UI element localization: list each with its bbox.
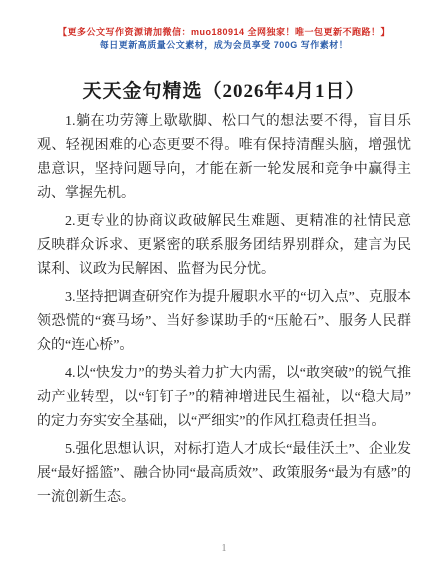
paragraph-2: 2.更专业的协商议政破解民生难题、更精准的社情民意反映群众诉求、更紧密的联系服务… — [37, 210, 411, 282]
paragraph-5: 5.强化思想认识，对标打造人才成长“最佳沃土”、企业发展“最好摇篮”、融合协同“… — [37, 438, 411, 510]
document-body: 1.躺在功劳簿上歇歇脚、松口气的想法要不得，盲目乐观、轻视困难的心态更要不得。唯… — [37, 110, 411, 514]
paragraph-4: 4.以“快发力”的势头着力扩大内需，以“敢突破”的锐气推动产业转型，以“钉钉子”… — [37, 362, 411, 434]
paragraph-3: 3.坚持把调查研究作为提升履职水平的“切入点”、克服本领恐慌的“赛马场”、当好参… — [37, 286, 411, 358]
paragraph-1: 1.躺在功劳簿上歇歇脚、松口气的想法要不得，盲目乐观、轻视困难的心态更要不得。唯… — [37, 110, 411, 206]
ad-banner: 【更多公文写作资源请加微信：muo180914 全网独家！唯一包更新不跑路！】 … — [0, 26, 448, 52]
document-page: 【更多公文写作资源请加微信：muo180914 全网独家！唯一包更新不跑路！】 … — [0, 0, 448, 580]
ad-banner-line2: 每日更新高质量公文素材，成为会员享受 700G 写作素材！ — [0, 39, 448, 52]
ad-banner-line1: 【更多公文写作资源请加微信：muo180914 全网独家！唯一包更新不跑路！】 — [0, 26, 448, 39]
page-number: 1 — [0, 543, 448, 554]
document-title: 天天金句精选（2026年4月1日） — [0, 76, 448, 103]
